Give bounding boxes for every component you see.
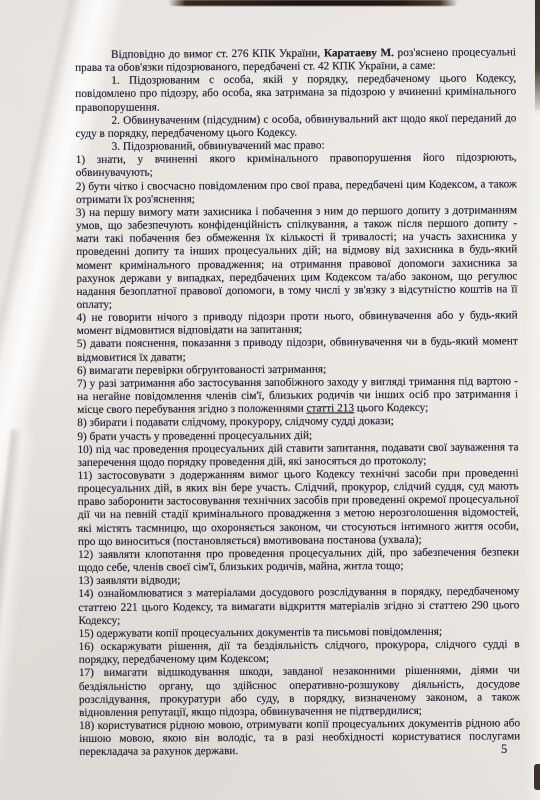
text-segment: 9) брати участь у проведенні процесуальн…: [77, 429, 312, 442]
text-segment: 15) одержувати копії процесуальних докум…: [79, 626, 443, 640]
text-segment: 3. Підозрюваний, обвинувачений мас право…: [112, 140, 325, 153]
paragraph: Відповідно до вимог ст. 276 КПК України,…: [75, 46, 516, 75]
text-segment: 8) збирати і подавати слідчому, прокурор…: [77, 415, 394, 429]
text-segment: 13) заявляти відводи;: [78, 575, 180, 588]
text-segment: цього Кодексу;: [354, 402, 428, 414]
paragraph: 12) заявляти клопотання про проведення п…: [78, 546, 519, 575]
text-segment: Каратаеву М.: [324, 47, 394, 59]
paragraph: 10) під час проведення процесуальних дій…: [77, 441, 518, 470]
text-segment: статті 213: [306, 403, 354, 415]
text-segment: 3) на першу вимогу мати захисника і поба…: [76, 204, 518, 311]
text-segment: 10) під час проведення процесуальних дій…: [77, 441, 518, 469]
paragraph: 5) давати пояснення, показання з приводу…: [77, 336, 518, 365]
text-segment: 1) знати, у вчиненні якого кримінального…: [76, 152, 517, 180]
scan-artifact-right-edge: [535, 0, 540, 115]
paragraph: 1. Підозрюваним с особа, якій у порядку,…: [75, 73, 516, 115]
paragraph: 14) ознайомлюватися з матеріалами досудо…: [78, 586, 519, 628]
text-segment: 14) ознайомлюватися з матеріалами досудо…: [78, 586, 519, 627]
text-segment: 6) вимагати перевірки обгрунтованості за…: [77, 363, 326, 377]
paragraph: 7) у разі затримання або застосування за…: [77, 375, 518, 417]
scanned-document-page: Відповідно до вимог ст. 276 КПК України,…: [0, 0, 540, 800]
text-segment: 18) користуватися рідною мовою, отримува…: [79, 717, 520, 758]
text-segment: 2. Обвинуваченим (підсудним) с особа, об…: [75, 112, 516, 140]
paper-right-highlight: [524, 110, 540, 800]
paragraph: 2. Обвинуваченим (підсудним) с особа, об…: [75, 112, 516, 141]
scan-artifact-top-edge: [168, 0, 458, 6]
paragraph: 2) бути чітко і свосчасно повідомленим п…: [76, 178, 517, 207]
scan-artifact-bottom-right-mark: [534, 764, 540, 790]
page-number: 5: [501, 742, 507, 757]
paragraph: 11) застосовувати з додержанням вимог ць…: [78, 467, 519, 549]
paragraph: 1) знати, у вчиненні якого кримінального…: [76, 152, 517, 181]
text-segment: 5) давати пояснення, показання з приводу…: [77, 336, 518, 364]
paragraph: 3) на першу вимогу мати захисника і поба…: [76, 204, 518, 312]
paragraph: 18) користуватися рідною мовою, отримува…: [79, 717, 520, 759]
text-segment: 4) не говорити нічого з приводу підозри …: [77, 309, 518, 337]
paragraph: 4) не говорити нічого з приводу підозри …: [77, 309, 518, 338]
paragraph: 17) вимагати відшкодування шкоди, завдан…: [79, 665, 520, 720]
text-segment: 2) бути чітко і свосчасно повідомленим п…: [76, 178, 517, 206]
text-segment: 12) заявляти клопотання про проведення п…: [78, 546, 519, 574]
text-segment: 11) застосовувати з додержанням вимог ць…: [78, 467, 519, 547]
text-segment: Відповідно до вимог ст. 276 КПК України,: [111, 47, 324, 60]
paragraph: 16) оскаржувати рішення, дії та бездіяль…: [79, 638, 520, 667]
document-body: Відповідно до вимог ст. 276 КПК України,…: [75, 46, 520, 759]
text-segment: 1. Підозрюваним с особа, якій у порядку,…: [75, 73, 516, 114]
text-segment: 7) у разі затримання або застосування за…: [77, 375, 518, 416]
paper-fold-streak-tail: [0, 430, 37, 761]
text-segment: 16) оскаржувати рішення, дії та бездіяль…: [79, 638, 520, 666]
text-segment: 17) вимагати відшкодування шкоди, завдан…: [79, 665, 520, 719]
